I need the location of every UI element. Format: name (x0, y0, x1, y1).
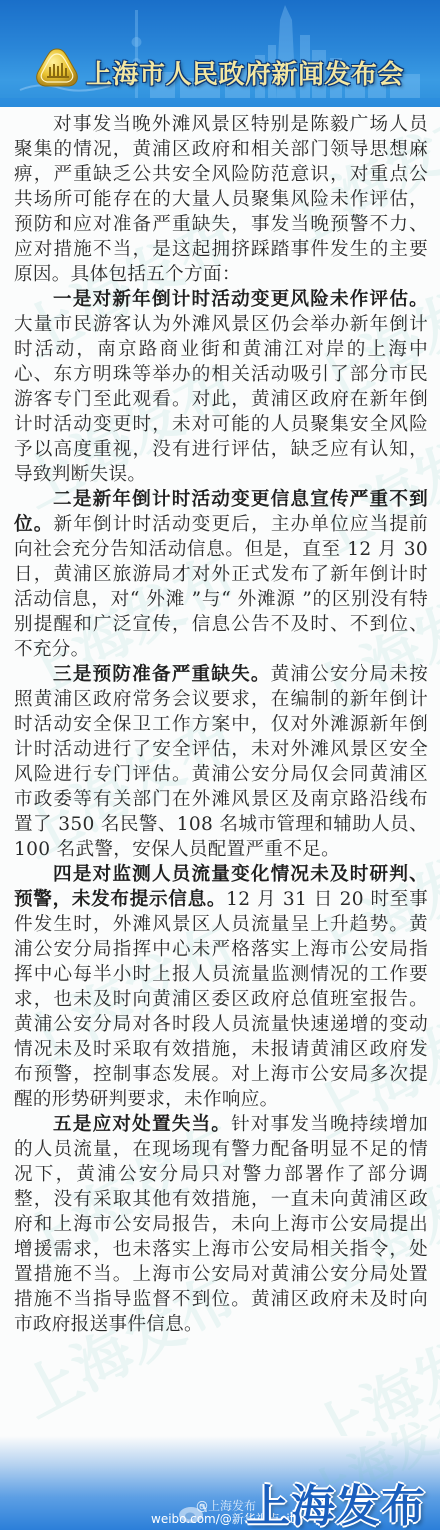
point-paragraph-1: 一是对新年倒计时活动变更风险未作评估。大量市民游客认为外滩风景区仍会举办新年倒计… (14, 287, 428, 487)
point-paragraph-4: 四是对监测人员流量变化情况未及时研判、预警，未发布提示信息。12 月 31 日 … (14, 862, 428, 1112)
intro-paragraph: 对事发当晚外滩风景区特别是陈毅广场人员聚集的情况，黄浦区政府和相关部门领导思想麻… (14, 112, 428, 287)
header-bottom-bar (0, 98, 440, 107)
point-heading-3: 三是预防准备严重缺失。 (53, 664, 271, 685)
point-paragraph-5: 五是应对处置失当。针对事发当晚持续增加的人员流量，在现场现有警力配备明显不足的情… (14, 1112, 428, 1337)
shanghai-government-emblem-icon (35, 47, 79, 89)
page-title: 上海市人民政府新闻发布会 (86, 54, 404, 91)
point-body-4: 12 月 31 日 20 时至事件发生时，外滩风景区人员流量呈上升趋势。黄浦公安… (14, 889, 428, 1110)
point-heading-5: 五是应对处置失当。 (53, 1114, 231, 1135)
article-body: 对事发当晚外滩风景区特别是陈毅广场人员聚集的情况，黄浦区政府和相关部门领导思想麻… (14, 112, 428, 1337)
point-body-5: 针对事发当晚持续增加的人员流量，在现场现有警力配备明显不足的情况下，黄浦公安分局… (14, 1114, 428, 1335)
point-body-2: 新年倒计时活动变更后，主办单位应当提前向社会充分告知活动信息。但是，直至 12 … (14, 514, 428, 660)
point-body-1: 大量市民游客认为外滩风景区仍会举办新年倒计时活动，南京路商业街和黄浦江对岸的上海… (14, 314, 428, 485)
point-body-3: 黄浦公安分局未按照黄浦区政府常务会议要求，在编制的新年倒计时活动安全保卫工作方案… (14, 664, 428, 860)
point-heading-1: 一是对新年倒计时活动变更风险未作评估。 (53, 289, 428, 310)
header-banner: 上海市人民政府新闻发布会 (0, 0, 440, 107)
footer-brand-logo: 上海发布 (246, 1470, 426, 1530)
footer-site-prefix: weibo.com/ (151, 1512, 220, 1526)
point-paragraph-2: 二是新年倒计时活动变更信息宣传严重不到位。新年倒计时活动变更后，主办单位应当提前… (14, 487, 428, 662)
point-paragraph-3: 三是预防准备严重缺失。黄浦公安分局未按照黄浦区政府常务会议要求，在编制的新年倒计… (14, 662, 428, 862)
